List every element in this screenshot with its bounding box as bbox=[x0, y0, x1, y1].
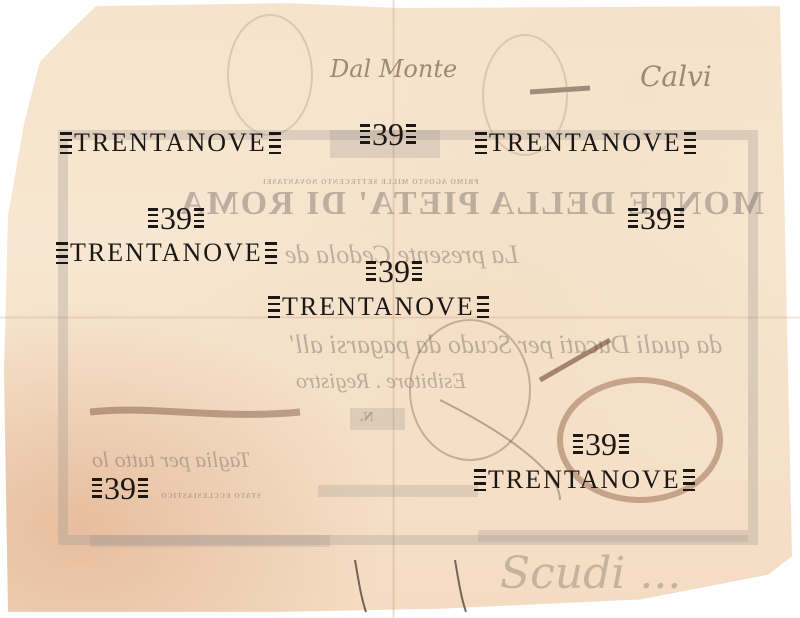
overprint-word-3: TRENTANOVE bbox=[54, 240, 279, 266]
overprint-word-5: TRENTANOVE bbox=[472, 467, 697, 493]
overprint-number-3: 39 bbox=[626, 202, 686, 234]
overprint-number-5: 39 bbox=[571, 428, 631, 460]
overprint-word-4: TRENTANOVE bbox=[266, 294, 491, 320]
bottom-handwriting: Scudi ... bbox=[500, 548, 681, 599]
overprint-number-4: 39 bbox=[364, 255, 424, 287]
overprint-number-6: 39 bbox=[90, 472, 150, 504]
overprint-word-1: TRENTANOVE bbox=[58, 130, 283, 156]
overprint-number-1: 39 bbox=[358, 118, 418, 150]
overprint-word-2: TRENTANOVE bbox=[473, 130, 698, 156]
overprint-number-2: 39 bbox=[146, 202, 206, 234]
signature-top: Dal Monte bbox=[330, 55, 457, 83]
signature-right: Calvi bbox=[640, 60, 712, 93]
